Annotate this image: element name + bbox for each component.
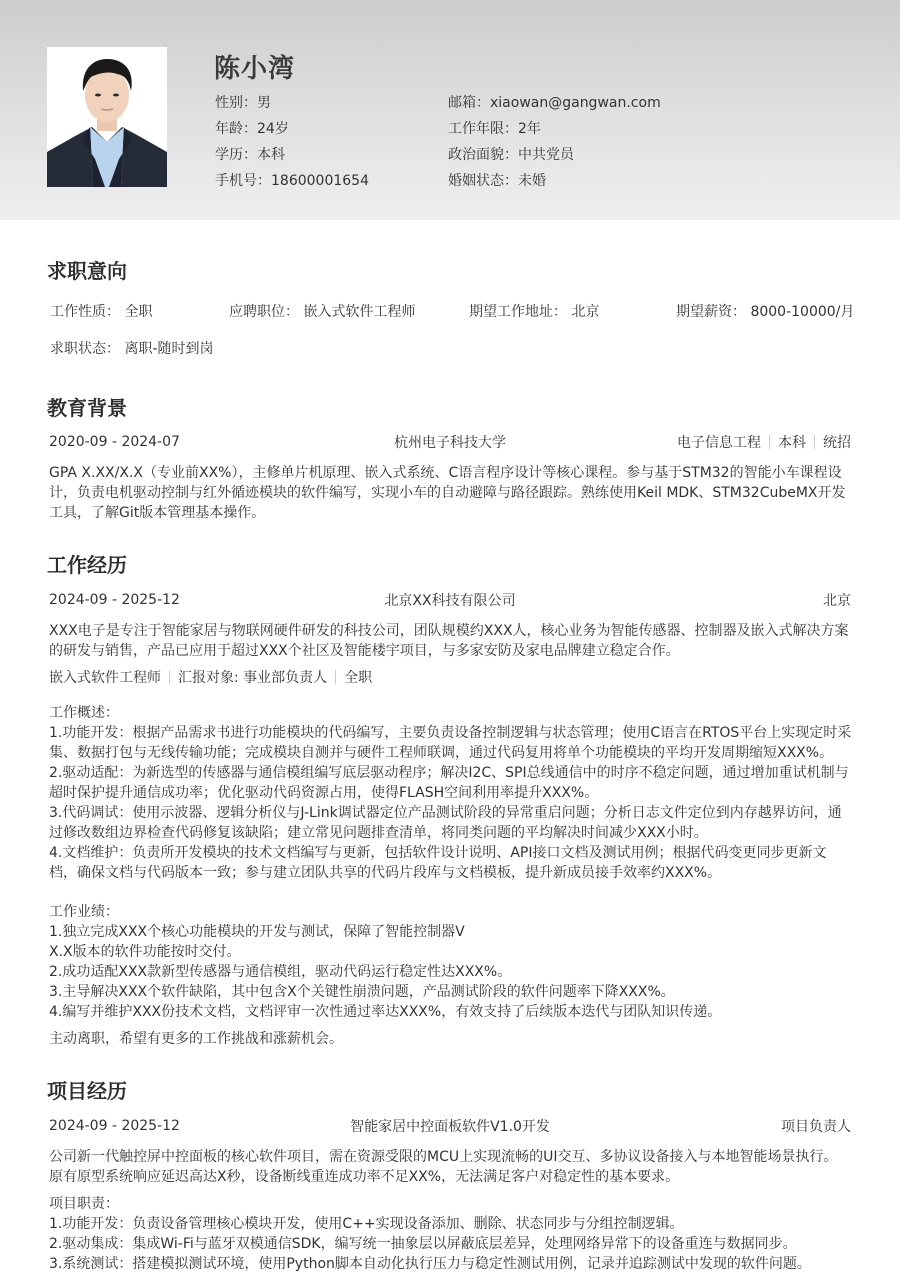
work-years-field: 工作年限：2年 <box>448 118 661 144</box>
education-header-row: 2020-09 - 2024-07 杭州电子科技大学 电子信息工程本科统招 <box>49 432 851 452</box>
phone-field: 手机号：18600001654 <box>215 170 369 196</box>
divider <box>335 670 336 684</box>
field-label: 年龄： <box>215 121 257 137</box>
text-line: 1.功能开发：根据产品需求书进行功能模块的代码编写，主要负责设备控制逻辑与状态管… <box>49 723 855 743</box>
field-value: 嵌入式软件工程师 <box>303 304 415 320</box>
intent-position: 应聘职位： 嵌入式软件工程师 <box>229 301 415 321</box>
section-title-work: 工作经历 <box>47 549 127 578</box>
political-status-field: 政治面貌：中共党员 <box>448 144 661 170</box>
marital-status-field: 婚姻状态：未婚 <box>448 170 661 196</box>
job-position: 嵌入式软件工程师 <box>49 670 161 686</box>
field-label: 工作性质： <box>50 304 120 320</box>
text-line: 超时保护提升通信成功率；优化驱动代码资源占用，使得FLASH空间利用率提升XXX… <box>49 783 855 803</box>
work-role-row: 嵌入式软件工程师汇报对象: 事业部负责人全职 <box>49 668 851 688</box>
text-line: 过修改数组边界检查代码修复该缺陷；建立常见问题排查清单，将同类问题的平均解决时间… <box>49 823 855 843</box>
field-label: 期望工作地址： <box>469 304 567 320</box>
project-description: 公司新一代触控屏中控面板的核心软件项目，需在资源受限的MCU上实现流畅的UI交互… <box>49 1147 855 1187</box>
field-value: 北京 <box>571 304 599 320</box>
text-line: 工具，了解Git版本管理基本操作。 <box>49 503 855 523</box>
field-value: 离职-随时到岗 <box>124 341 213 357</box>
subsection-label: 项目职责： <box>49 1194 855 1214</box>
company-intro: XXX电子是专注于智能家居与物联网硬件研发的科技公司，团队规模约XXX人，核心业… <box>49 621 855 661</box>
text-line: 计，负责电机驱动控制与红外循迹模块的软件编写，实现小车的自动避障与路径跟踪。熟练… <box>49 483 855 503</box>
basic-info-right: 邮箱：xiaowan@gangwan.com 工作年限：2年 政治面貌：中共党员… <box>448 92 661 196</box>
work-achievements: 工作业绩： 1.独立完成XXX个核心功能模块的开发与测试，保障了智能控制器V X… <box>49 902 855 1022</box>
text-line: 3.主导解决XXX个软件缺陷，其中包含X个关键性崩溃问题，产品测试阶段的软件问题… <box>49 982 855 1002</box>
project-duties: 项目职责： 1.功能开发：负责设备管理核心模块开发，使用C++实现设备添加、删除… <box>49 1194 855 1274</box>
subsection-label: 工作业绩： <box>49 902 855 922</box>
text-line: 2.驱动适配：为新选型的传感器与通信模组编写底层驱动程序；解决I2C、SPI总线… <box>49 763 855 783</box>
text-line: 原有原型系统响应延迟高达X秒，设备断线重连成功率不足XX%，无法满足客户对稳定性… <box>49 1167 855 1187</box>
text-line: 档，确保文档与代码版本一致；参与建立团队共享的代码片段库与文档模板，提升新成员接… <box>49 863 855 883</box>
text-line: GPA X.XX/X.X（专业前XX%），主修单片机原理、嵌入式系统、C语言程序… <box>49 463 855 483</box>
age-field: 年龄：24岁 <box>215 118 369 144</box>
work-location: 北京 <box>823 590 851 610</box>
leave-reason: 主动离职，希望有更多的工作挑战和涨薪机会。 <box>49 1029 855 1049</box>
field-label: 求职状态： <box>50 341 120 357</box>
text-line: 4.编写并维护XXX份技术文档，文档评审一次性通过率达XXX%，有效支持了后续版… <box>49 1002 855 1022</box>
gender-field: 性别：男 <box>215 92 369 118</box>
project-name: 智能家居中控面板软件V1.0开发 <box>49 1116 851 1136</box>
text-line: 2.成功适配XXX款新型传感器与通信模组，驱动代码运行稳定性达XXX%。 <box>49 962 855 982</box>
field-label: 性别： <box>215 95 257 111</box>
divider <box>169 670 170 684</box>
text-line: 2.驱动集成：集成Wi-Fi与蓝牙双模通信SDK，编写统一抽象层以屏蔽底层差异，… <box>49 1234 855 1254</box>
email-field: 邮箱：xiaowan@gangwan.com <box>448 92 661 118</box>
degree: 本科 <box>778 435 806 451</box>
field-value: 8000-10000/月 <box>750 304 854 320</box>
intent-work-type: 工作性质： 全职 <box>50 301 152 321</box>
employment-type: 全职 <box>344 670 372 686</box>
text-line: 的研发与销售，产品已应用于超过XXX个社区及智能楼宇项目，与多家安防及家电品牌建… <box>49 641 855 661</box>
major: 电子信息工程 <box>677 435 761 451</box>
profile-photo <box>47 47 167 187</box>
field-value: xiaowan@gangwan.com <box>490 95 661 111</box>
divider <box>769 435 770 449</box>
report-to: 汇报对象: 事业部负责人 <box>178 670 327 686</box>
text-line: XXX电子是专注于智能家居与物联网硬件研发的科技公司，团队规模约XXX人，核心业… <box>49 621 855 641</box>
divider <box>814 435 815 449</box>
field-label: 期望薪资： <box>676 304 746 320</box>
enrollment-type: 统招 <box>823 435 851 451</box>
field-value: 全职 <box>124 304 152 320</box>
intent-status: 求职状态： 离职-随时到岗 <box>50 338 214 358</box>
intent-salary: 期望薪资： 8000-10000/月 <box>676 301 854 321</box>
project-header-row: 2024-09 - 2025-12 智能家居中控面板软件V1.0开发 项目负责人 <box>49 1116 851 1136</box>
field-label: 邮箱： <box>448 95 490 111</box>
field-label: 手机号： <box>215 173 271 189</box>
field-value: 18600001654 <box>271 173 369 189</box>
text-line: 3.代码调试：使用示波器、逻辑分析仪与J-Link调试器定位产品测试阶段的异常重… <box>49 803 855 823</box>
profile-header: 陈小湾 性别：男 年龄：24岁 学历：本科 手机号：18600001654 邮箱… <box>0 0 900 220</box>
portrait-photo-icon <box>47 47 167 187</box>
text-line: 公司新一代触控屏中控面板的核心软件项目，需在资源受限的MCU上实现流畅的UI交互… <box>49 1147 855 1167</box>
text-line: 1.独立完成XXX个核心功能模块的开发与测试，保障了智能控制器V <box>49 922 855 942</box>
field-value: 男 <box>257 95 271 111</box>
field-label: 工作年限： <box>448 121 518 137</box>
education-description: GPA X.XX/X.X（专业前XX%），主修单片机原理、嵌入式系统、C语言程序… <box>49 463 855 523</box>
work-header-row: 2024-09 - 2025-12 北京XX科技有限公司 北京 <box>49 590 851 610</box>
subsection-label: 工作概述： <box>49 703 855 723</box>
field-value: 本科 <box>257 147 285 163</box>
field-label: 学历： <box>215 147 257 163</box>
project-role: 项目负责人 <box>781 1116 851 1136</box>
field-value: 中共党员 <box>518 147 574 163</box>
candidate-name: 陈小湾 <box>214 48 295 85</box>
section-title-education: 教育背景 <box>47 392 127 421</box>
basic-info-left: 性别：男 年龄：24岁 学历：本科 手机号：18600001654 <box>215 92 369 196</box>
field-value: 2年 <box>518 121 541 137</box>
section-title-project: 项目经历 <box>47 1075 127 1104</box>
work-overview: 工作概述： 1.功能开发：根据产品需求书进行功能模块的代码编写，主要负责设备控制… <box>49 703 855 883</box>
field-value: 24岁 <box>257 121 289 137</box>
text-line: X.X版本的软件功能按时交付。 <box>49 942 855 962</box>
text-line: 4.文档维护：负责所开发模块的技术文档编写与更新，包括软件设计说明、API接口文… <box>49 843 855 863</box>
text-line: 1.功能开发：负责设备管理核心模块开发，使用C++实现设备添加、删除、状态同步与… <box>49 1214 855 1234</box>
section-title-intent: 求职意向 <box>47 255 127 284</box>
field-label: 婚姻状态： <box>448 173 518 189</box>
company-name: 北京XX科技有限公司 <box>49 590 851 610</box>
education-level-field: 学历：本科 <box>215 144 369 170</box>
field-label: 应聘职位： <box>229 304 299 320</box>
intent-location: 期望工作地址： 北京 <box>469 301 599 321</box>
field-value: 未婚 <box>518 173 546 189</box>
text-line: 3.系统测试：搭建模拟测试环境，使用Python脚本自动化执行压力与稳定性测试用… <box>49 1254 855 1274</box>
field-label: 政治面貌： <box>448 147 518 163</box>
education-details: 电子信息工程本科统招 <box>677 432 851 452</box>
text-line: 集、数据打包与无线传输功能；完成模块自测并与硬件工程师联调，通过代码复用将单个功… <box>49 743 855 763</box>
